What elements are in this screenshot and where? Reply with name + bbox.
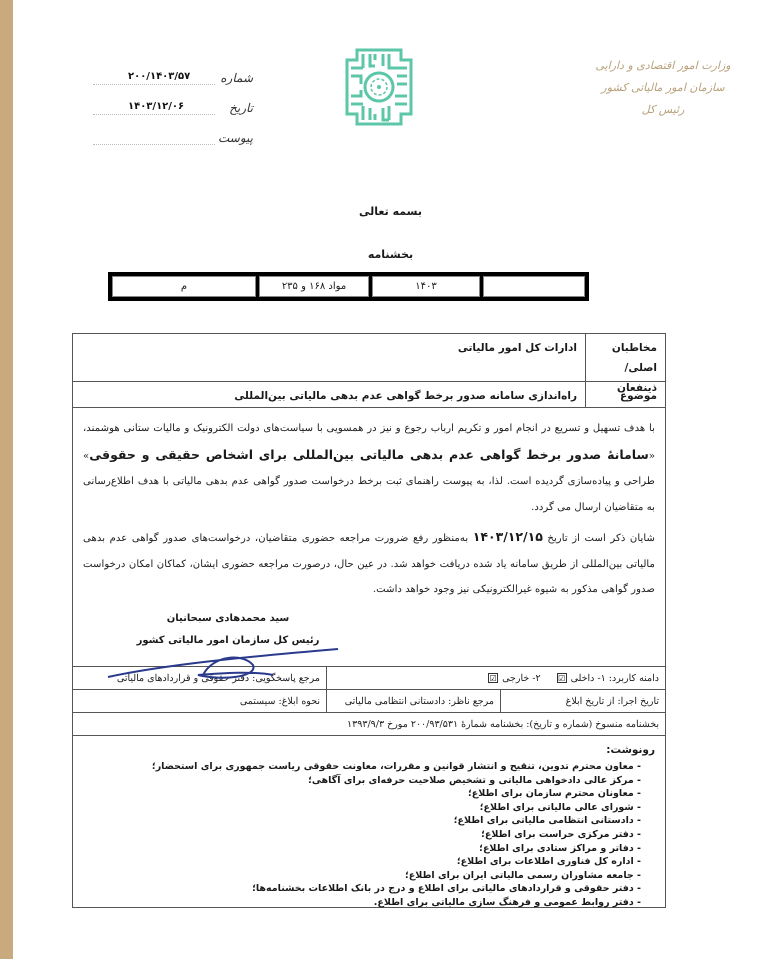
copy-item: دفتر مرکزی حراست برای اطلاع؛ xyxy=(83,828,641,842)
subject-value: راه‌اندازی سامانه صدور برخط گواهی عدم بد… xyxy=(73,382,585,407)
ref-cell-articles: مواد ۱۶۸ و ۲۳۵ xyxy=(259,276,369,297)
copy-item: دفاتر و مراکز ستادی برای اطلاع؛ xyxy=(83,842,641,856)
subject-label: موضوع xyxy=(585,382,665,407)
letter-meta: شماره ۲۰۰/۱۴۰۳/۵۷ تاریخ ۱۴۰۳/۱۲/۰۶ پیوست xyxy=(93,55,253,145)
ministry-line-2: سازمان امور مالیاتی کشور xyxy=(578,77,748,99)
circular-table: مخاطبان اصلی/ ذینفعان ادارات کل امور مال… xyxy=(72,333,666,908)
ref-cell-year: ۱۴۰۳ xyxy=(372,276,480,297)
number-value: ۲۰۰/۱۴۰۳/۵۷ xyxy=(93,71,215,85)
body-section: با هدف تسهیل و تسریع در انجام امور و تکر… xyxy=(73,408,665,667)
copy-item: دفتر روابط عمومی و فرهنگ سازی مالیاتی بر… xyxy=(83,896,641,910)
ministry-line-1: وزارت امور اقتصادی و دارایی xyxy=(578,55,748,77)
subject-row: موضوع راه‌اندازی سامانه صدور برخط گواهی … xyxy=(73,382,665,408)
body-paragraph-2: شایان ذکر است از تاریخ ۱۴۰۳/۱۲/۱۵ به‌منظ… xyxy=(73,524,665,607)
signer-name: سید محمدهادی سبحانیان xyxy=(153,613,303,624)
execution-row: تاریخ اجرا: از تاریخ ابلاغ مرجع ناظر: دا… xyxy=(73,690,665,713)
date-value: ۱۴۰۳/۱۲/۰۶ xyxy=(93,101,215,115)
supervisor-cell: مرجع ناظر: دادستانی انتظامی مالیاتی xyxy=(326,690,500,712)
reference-table: م مواد ۱۶۸ و ۲۳۵ ۱۴۰۳ xyxy=(108,272,589,301)
left-edge-strip xyxy=(0,0,13,959)
addressees-label: مخاطبان اصلی/ ذینفعان xyxy=(585,334,665,381)
ref-cell-empty xyxy=(483,276,585,297)
system-name: سامانهٔ صدور برخط گواهی عدم بدهی مالیاتی… xyxy=(89,447,649,462)
letter-page: شماره ۲۰۰/۱۴۰۳/۵۷ تاریخ ۱۴۰۳/۱۲/۰۶ پیوست… xyxy=(13,0,768,959)
ministry-header: وزارت امور اقتصادی و دارایی سازمان امور … xyxy=(578,55,748,121)
signer-title: رئیس کل سازمان امور مالیاتی کشور xyxy=(133,635,323,646)
date-row: تاریخ ۱۴۰۳/۱۲/۰۶ xyxy=(93,85,253,115)
attachment-value xyxy=(93,142,215,145)
copy-item: معاون محترم تدوین، تنقیح و انتشار قوانین… xyxy=(83,760,641,774)
repealed-row: بخشنامه منسوخ (شماره و تاریخ): بخشنامه ش… xyxy=(73,713,665,736)
signature-block: سید محمدهادی سبحانیان رئیس کل سازمان امو… xyxy=(73,607,665,687)
effective-cell: تاریخ اجرا: از تاریخ ابلاغ xyxy=(500,690,665,712)
effective-date: ۱۴۰۳/۱۲/۱۵ xyxy=(473,529,543,544)
ref-cell-m: م xyxy=(112,276,256,297)
copy-item: دفتر حقوقی و قراردادهای مالیاتی برای اطل… xyxy=(83,882,641,896)
copies-list: معاون محترم تدوین، تنقیح و انتشار قوانین… xyxy=(83,760,655,910)
basmala: بسمه تعالی xyxy=(13,205,768,218)
copies-title: رونوشت: xyxy=(83,744,655,756)
notification-cell: نحوه ابلاغ: سیستمی xyxy=(73,690,326,712)
number-label: شماره xyxy=(215,71,253,85)
body-paragraph-1: با هدف تسهیل و تسریع در انجام امور و تکر… xyxy=(73,408,665,524)
ministry-line-3: رئیس کل xyxy=(578,99,748,121)
attachment-label: پیوست xyxy=(215,131,253,145)
copy-item: معاونان محترم سازمان برای اطلاع؛ xyxy=(83,787,641,801)
copy-item: دادستانی انتظامی مالیاتی برای اطلاع؛ xyxy=(83,814,641,828)
addressees-value: ادارات کل امور مالیاتی xyxy=(73,334,585,381)
copies-section: رونوشت: معاون محترم تدوین، تنقیح و انتشا… xyxy=(73,736,665,918)
copy-item: مرکز عالی دادخواهی مالیاتی و تشخیص صلاحی… xyxy=(83,774,641,788)
tax-organization-logo-icon xyxy=(343,46,415,128)
number-row: شماره ۲۰۰/۱۴۰۳/۵۷ xyxy=(93,55,253,85)
copy-item: شورای عالی مالیاتی برای اطلاع؛ xyxy=(83,801,641,815)
copy-item: جامعه مشاوران رسمی مالیاتی ایران برای اط… xyxy=(83,869,641,883)
repealed-cell: بخشنامه منسوخ (شماره و تاریخ): بخشنامه ش… xyxy=(73,713,665,735)
date-label: تاریخ xyxy=(215,101,253,115)
copy-item: اداره کل فناوری اطلاعات برای اطلاع؛ xyxy=(83,855,641,869)
attachment-row: پیوست xyxy=(93,115,253,145)
document-title: بخشنامه xyxy=(13,248,768,261)
addressees-row: مخاطبان اصلی/ ذینفعان ادارات کل امور مال… xyxy=(73,334,665,382)
